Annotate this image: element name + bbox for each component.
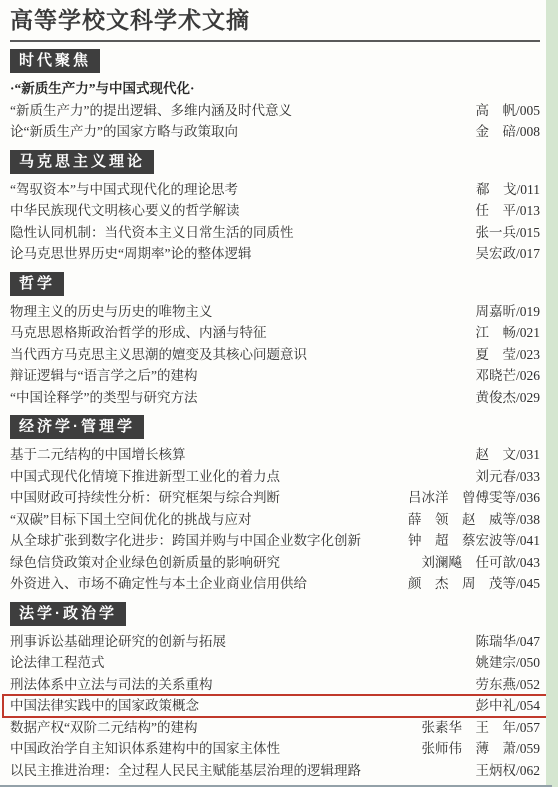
article-authors-page: 吕冰洋 曾傅雯等/036 (408, 487, 540, 509)
toc-row: 从全球扩张到数字化进步：跨国并购与中国企业数字化创新钟 超 蔡宏波等/041 (10, 530, 540, 552)
toc-row: 中国财政可持续性分析：研究框架与综合判断吕冰洋 曾傅雯等/036 (10, 487, 540, 509)
article-title: 绿色信贷政策对企业绿色创新质量的影响研究 (10, 552, 280, 574)
section-header: 哲学 (10, 272, 64, 296)
article-authors-page: 陈瑞华/047 (475, 631, 540, 653)
section-header: 经济学·管理学 (10, 415, 144, 439)
page-edge-strip (546, 0, 558, 787)
article-authors-page: 金 碚/008 (475, 121, 540, 143)
article-title: 从全球扩张到数字化进步：跨国并购与中国企业数字化创新 (10, 530, 361, 552)
toc-row: 刑法体系中立法与司法的关系重构劳东燕/052 (10, 674, 540, 696)
toc-row: 隐性认同机制：当代资本主义日常生活的同质性张一兵/015 (10, 222, 540, 244)
article-title: 论法律工程范式 (10, 652, 105, 674)
article-authors-page: 夏 莹/023 (475, 344, 540, 366)
toc-row: 中国式现代化情境下推进新型工业化的着力点刘元春/033 (10, 466, 540, 488)
toc-row: 辩证逻辑与“语言学之后”的建构邓晓芒/026 (10, 365, 540, 387)
article-title: “双碳”目标下国土空间优化的挑战与应对 (10, 509, 251, 531)
page-title: 高等学校文科学术文摘 (10, 6, 540, 34)
article-title: 刑法体系中立法与司法的关系重构 (10, 674, 213, 696)
toc-row: “双碳”目标下国土空间优化的挑战与应对薛 领 赵 威等/038 (10, 509, 540, 531)
article-authors-page: 邓晓芒/026 (475, 365, 540, 387)
toc-section: 法学·政治学刑事诉讼基础理论研究的创新与拓展陈瑞华/047论法律工程范式姚建宗/… (10, 595, 540, 782)
article-authors-page: 刘澜飚 任可歆/043 (421, 552, 540, 574)
article-title: 马克思恩格斯政治哲学的形成、内涵与特征 (10, 322, 267, 344)
article-title: 外资进入、市场不确定性与本土企业商业信用供给 (10, 573, 307, 595)
toc-row-highlighted: 中国法律实践中的国家政策概念彭中礼/054 (10, 695, 540, 717)
article-authors-page: 钟 超 蔡宏波等/041 (408, 530, 540, 552)
article-title: “驾驭资本”与中国式现代化的理论思考 (10, 179, 238, 201)
article-title: 刑事诉讼基础理论研究的创新与拓展 (10, 631, 226, 653)
toc-row: 外资进入、市场不确定性与本土企业商业信用供给颜 杰 周 茂等/045 (10, 573, 540, 595)
article-title: 数据产权“双阶二元结构”的建构 (10, 717, 197, 739)
toc-row: “驾驭资本”与中国式现代化的理论思考郗 戈/011 (10, 179, 540, 201)
article-title: 中国式现代化情境下推进新型工业化的着力点 (10, 466, 280, 488)
article-title: 基于二元结构的中国增长核算 (10, 444, 186, 466)
article-title: 隐性认同机制：当代资本主义日常生活的同质性 (10, 222, 294, 244)
toc-row: “中国诠释学”的类型与研究方法黄俊杰/029 (10, 387, 540, 409)
toc-sections: 时代聚焦·“新质生产力”与中国式现代化·“新质生产力”的提出逻辑、多维内涵及时代… (10, 42, 540, 781)
article-title: 中国法律实践中的国家政策概念 (10, 695, 199, 717)
toc-row: “新质生产力”的提出逻辑、多维内涵及时代意义高 帆/005 (10, 100, 540, 122)
toc-row: 中国政治学自主知识体系建构中的国家主体性张师伟 薄 萧/059 (10, 738, 540, 760)
article-authors-page: 周嘉昕/019 (475, 301, 540, 323)
toc-row: 论法律工程范式姚建宗/050 (10, 652, 540, 674)
article-authors-page: 王炳权/062 (475, 760, 540, 782)
article-authors-page: 张素华 王 年/057 (421, 717, 540, 739)
toc-row: 论马克思世界历史“周期率”论的整体逻辑吴宏政/017 (10, 243, 540, 265)
section-header: 法学·政治学 (10, 602, 126, 626)
article-authors-page: 彭中礼/054 (475, 695, 540, 717)
article-authors-page: 张一兵/015 (475, 222, 540, 244)
toc-page: 高等学校文科学术文摘 时代聚焦·“新质生产力”与中国式现代化·“新质生产力”的提… (0, 0, 558, 781)
article-authors-page: 高 帆/005 (475, 100, 540, 122)
section-subtitle: ·“新质生产力”与中国式现代化· (10, 78, 540, 100)
article-authors-page: 张师伟 薄 萧/059 (421, 738, 540, 760)
article-title: 中国财政可持续性分析：研究框架与综合判断 (10, 487, 280, 509)
article-title: 中华民族现代文明核心要义的哲学解读 (10, 200, 240, 222)
article-title: 论马克思世界历史“周期率”论的整体逻辑 (10, 243, 251, 265)
article-authors-page: 黄俊杰/029 (475, 387, 540, 409)
toc-section: 经济学·管理学基于二元结构的中国增长核算赵 文/031中国式现代化情境下推进新型… (10, 408, 540, 595)
article-authors-page: 郗 戈/011 (476, 179, 540, 201)
toc-row: 物理主义的历史与历史的唯物主义周嘉昕/019 (10, 301, 540, 323)
toc-row: 当代西方马克思主义思潮的嬗变及其核心问题意识夏 莹/023 (10, 344, 540, 366)
article-authors-page: 刘元春/033 (475, 466, 540, 488)
section-header: 时代聚焦 (10, 49, 100, 73)
article-authors-page: 江 畅/021 (475, 322, 540, 344)
article-title: 物理主义的历史与历史的唯物主义 (10, 301, 213, 323)
section-header: 马克思主义理论 (10, 150, 154, 174)
article-authors-page: 劳东燕/052 (475, 674, 540, 696)
article-authors-page: 姚建宗/050 (475, 652, 540, 674)
toc-section: 马克思主义理论“驾驭资本”与中国式现代化的理论思考郗 戈/011中华民族现代文明… (10, 143, 540, 265)
article-title: 中国政治学自主知识体系建构中的国家主体性 (10, 738, 280, 760)
article-authors-page: 任 平/013 (475, 200, 540, 222)
toc-row: 基于二元结构的中国增长核算赵 文/031 (10, 444, 540, 466)
toc-section: 哲学物理主义的历史与历史的唯物主义周嘉昕/019马克思恩格斯政治哲学的形成、内涵… (10, 265, 540, 409)
toc-row: 马克思恩格斯政治哲学的形成、内涵与特征江 畅/021 (10, 322, 540, 344)
article-title: 当代西方马克思主义思潮的嬗变及其核心问题意识 (10, 344, 307, 366)
toc-row: 数据产权“双阶二元结构”的建构张素华 王 年/057 (10, 717, 540, 739)
article-title: 论“新质生产力”的国家方略与政策取向 (10, 121, 238, 143)
toc-row: 绿色信贷政策对企业绿色创新质量的影响研究刘澜飚 任可歆/043 (10, 552, 540, 574)
toc-row: 以民主推进治理：全过程人民民主赋能基层治理的逻辑理路王炳权/062 (10, 760, 540, 782)
article-authors-page: 赵 文/031 (475, 444, 540, 466)
article-title: 以民主推进治理：全过程人民民主赋能基层治理的逻辑理路 (10, 760, 361, 782)
article-authors-page: 颜 杰 周 茂等/045 (408, 573, 540, 595)
article-title: 辩证逻辑与“语言学之后”的建构 (10, 365, 197, 387)
toc-row: 中华民族现代文明核心要义的哲学解读任 平/013 (10, 200, 540, 222)
article-authors-page: 薛 领 赵 威等/038 (408, 509, 540, 531)
article-authors-page: 吴宏政/017 (475, 243, 540, 265)
article-title: “新质生产力”的提出逻辑、多维内涵及时代意义 (10, 100, 292, 122)
toc-row: 论“新质生产力”的国家方略与政策取向金 碚/008 (10, 121, 540, 143)
article-title: “中国诠释学”的类型与研究方法 (10, 387, 197, 409)
toc-row: 刑事诉讼基础理论研究的创新与拓展陈瑞华/047 (10, 631, 540, 653)
toc-section: 时代聚焦·“新质生产力”与中国式现代化·“新质生产力”的提出逻辑、多维内涵及时代… (10, 42, 540, 143)
